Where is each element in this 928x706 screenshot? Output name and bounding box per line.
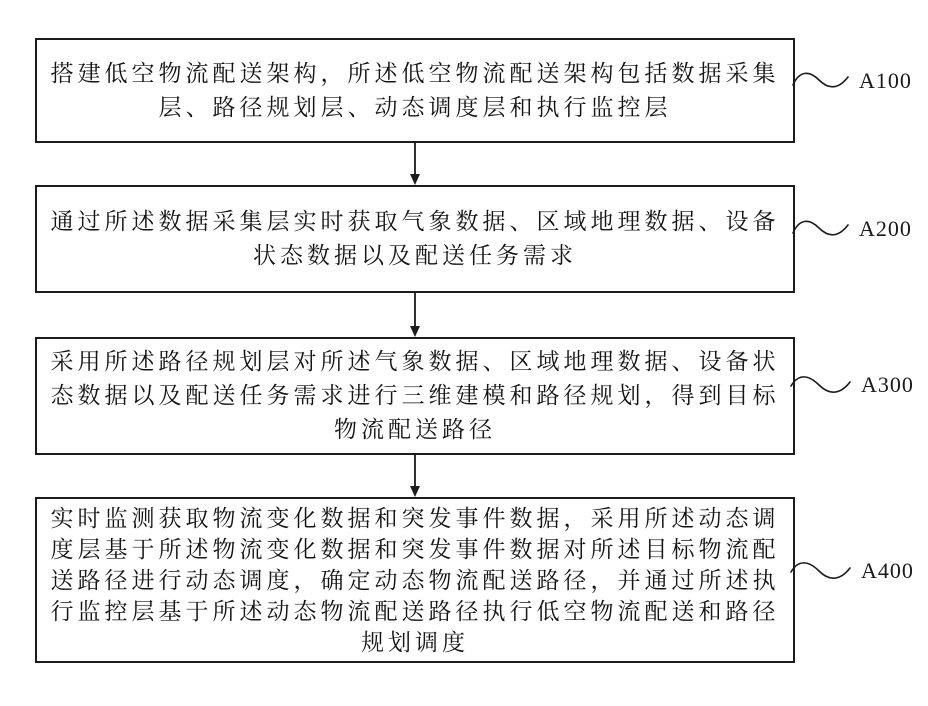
flowchart-figure: 搭建低空物流配送架构，所述低空物流配送架构包括数据采集 层、路径规划层、动态调度…	[0, 0, 928, 706]
box-text-line: 实时监测获取物流变化数据和突发事件数据，采用所述动态调	[51, 503, 780, 534]
box-text-line: 度层基于所述物流变化数据和突发事件数据对所述目标物流配	[51, 534, 780, 565]
step-ref-label: A200	[859, 216, 912, 242]
step-ref-a100: A100	[792, 68, 912, 94]
squiggle-connector-icon	[790, 558, 852, 584]
step-ref-a200: A200	[792, 216, 912, 242]
down-arrow-icon	[407, 293, 423, 337]
step-ref-label: A100	[859, 68, 912, 94]
box-text-line: 物流配送路径	[334, 413, 496, 447]
squiggle-connector-icon	[792, 216, 850, 242]
box-text-line: 搭建低空物流配送架构，所述低空物流配送架构包括数据采集	[51, 57, 780, 91]
box-text-line: 态数据以及配送任务需求进行三维建模和路径规划，得到目标	[51, 379, 780, 413]
box-text-line: 层、路径规划层、动态调度层和执行监控层	[159, 91, 672, 125]
squiggle-connector-icon	[790, 372, 852, 398]
flowchart-box-step1: 搭建低空物流配送架构，所述低空物流配送架构包括数据采集 层、路径规划层、动态调度…	[35, 38, 795, 143]
flowchart-box-step2: 通过所述数据采集层实时获取气象数据、区域地理数据、设备 状态数据以及配送任务需求	[35, 185, 795, 293]
box-text-line: 规划调度	[361, 627, 469, 658]
step-ref-a300: A300	[790, 372, 914, 398]
box-text-line: 通过所述数据采集层实时获取气象数据、区域地理数据、设备	[51, 205, 780, 239]
squiggle-connector-icon	[792, 68, 850, 94]
down-arrow-icon	[407, 455, 423, 497]
step-ref-label: A300	[861, 372, 914, 398]
flowchart-box-step3: 采用所述路径规划层对所述气象数据、区域地理数据、设备状 态数据以及配送任务需求进…	[35, 337, 795, 455]
down-arrow-icon	[407, 143, 423, 185]
box-text-line: 行监控层基于所述动态物流配送路径执行低空物流配送和路径	[51, 596, 780, 627]
box-text-line: 状态数据以及配送任务需求	[253, 239, 577, 273]
flowchart-box-step4: 实时监测获取物流变化数据和突发事件数据，采用所述动态调 度层基于所述物流变化数据…	[35, 497, 795, 663]
box-text-line: 采用所述路径规划层对所述气象数据、区域地理数据、设备状	[51, 345, 780, 379]
box-text-line: 送路径进行动态调度，确定动态物流配送路径，并通过所述执	[51, 565, 780, 596]
step-ref-a400: A400	[790, 558, 914, 584]
step-ref-label: A400	[861, 558, 914, 584]
